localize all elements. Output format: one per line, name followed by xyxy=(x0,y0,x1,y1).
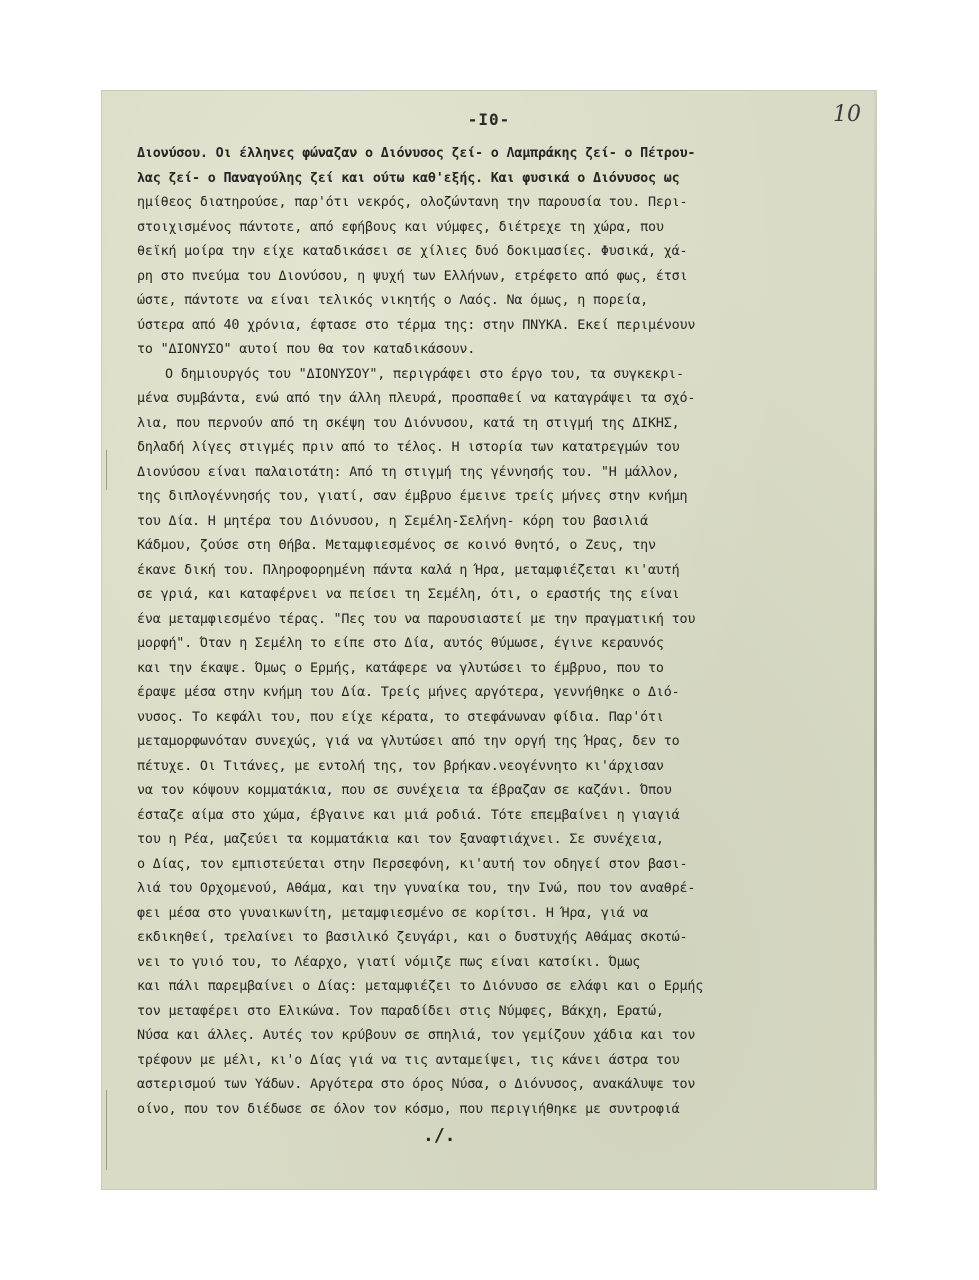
text-line: ρη στο πνεύμα του Διονύσου, η ψυχή των Ε… xyxy=(137,265,857,290)
text-line: ώστε, πάντοτε να είναι τελικός νικητής ο… xyxy=(137,289,857,314)
text-line: ένα μεταμφιεσμένο τέρας. "Πες του να παρ… xyxy=(137,608,857,633)
text-line: μορφή". Όταν η Σεμέλη το είπε στο Δία, α… xyxy=(137,632,857,657)
text-line: Ο δημιουργός του "ΔΙΟΝΥΣΟΥ", περιγράφει … xyxy=(137,363,857,388)
text-line: εκδικηθεί, τρελαίνει το βασιλικό ζευγάρι… xyxy=(137,926,857,951)
text-line: λια, που περνούν από τη σκέψη του Διόνυσ… xyxy=(137,412,857,437)
text-line: νυσος. Το κεφάλι του, που είχε κέρατα, τ… xyxy=(137,706,857,731)
document-page: -I0- 10 Διονύσου. Οι έλληνες φώναζαν ο Δ… xyxy=(101,90,877,1190)
text-line: ύστερα από 40 χρόνια, έφτασε στο τέρμα τ… xyxy=(137,314,857,339)
text-line: θεϊκή μοίρα την είχε καταδικάσει σε χίλι… xyxy=(137,240,857,265)
text-line: πέτυχε. Οι Τιτάνες, με εντολή της, τον β… xyxy=(137,755,857,780)
text-line: και πάλι παρεμβαίνει ο Δίας: μεταμφιέζει… xyxy=(137,975,857,1000)
text-line: φει μέσα στο γυναικωνίτη, μεταμφιεσμένο … xyxy=(137,902,857,927)
text-line: να τον κόψουν κομματάκια, που σε συνέχει… xyxy=(137,779,857,804)
text-line: στοιχισμένος πάντοτε, από εφήβους και νύ… xyxy=(137,216,857,241)
text-line: σε γριά, και καταφέρνει να πείσει τη Σεμ… xyxy=(137,583,857,608)
body-text: Διονύσου. Οι έλληνες φώναζαν ο Διόνυσος … xyxy=(137,142,857,1122)
text-line: ο Δίας, τον εμπιστεύεται στην Περσεφόνη,… xyxy=(137,853,857,878)
text-line: έκανε δική του. Πληροφορημένη πάντα καλά… xyxy=(137,559,857,584)
text-line: του Δία. Η μητέρα του Διόνυσου, η Σεμέλη… xyxy=(137,510,857,535)
text-line: της διπλογέννησής του, γιατί, σαν έμβρυο… xyxy=(137,485,857,510)
text-line: Κάδμου, ζούσε στη Θήβα. Μεταμφιεσμένος σ… xyxy=(137,534,857,559)
text-line: τρέφουν με μέλι, κι'ο Δίας γιά να τις αν… xyxy=(137,1049,857,1074)
text-line: το "ΔΙΟΝΥΣΟ" αυτοί που θα τον καταδικάσο… xyxy=(137,338,857,363)
handwritten-page-number: 10 xyxy=(833,102,861,127)
text-line: οίνο, που τον διέδωσε σε όλον τον κόσμο,… xyxy=(137,1098,857,1123)
text-line: τον μεταφέρει στο Ελικώνα. Τον παραδίδει… xyxy=(137,1000,857,1025)
text-line: του η Ρέα, μαζεύει τα κομματάκια και τον… xyxy=(137,828,857,853)
text-line: νει το γυιό του, το Λέαρχο, γιατί νόμιζε… xyxy=(137,951,857,976)
text-line: λας ζεί- ο Παναγούλης ζεί και ούτω καθ'ε… xyxy=(137,167,857,192)
text-line: Διονύσου είναι παλαιοτάτη: Από τη στιγμή… xyxy=(137,461,857,486)
text-line: και την έκαψε. Όμως ο Ερμής, κατάφερε να… xyxy=(137,657,857,682)
text-line: μένα συμβάντα, ενώ από την άλλη πλευρά, … xyxy=(137,387,857,412)
margin-mark xyxy=(106,450,107,490)
text-line: έσταζε αίμα στο χώμα, έβγαινε και μιά ρο… xyxy=(137,804,857,829)
text-line: αστερισμού των Υάδων. Αργότερα στο όρος … xyxy=(137,1073,857,1098)
ending-mark: ./. xyxy=(423,1125,456,1146)
margin-mark xyxy=(106,1090,107,1170)
page-header: -I0- xyxy=(101,110,877,129)
text-line: μεταμορφωνόταν συνεχώς, γιά να γλυτώσει … xyxy=(137,730,857,755)
text-line: Νύσα και άλλες. Αυτές τον κρύβουν σε σπη… xyxy=(137,1024,857,1049)
text-line: ημίθεος διατηρούσε, παρ'ότι νεκρός, ολοζ… xyxy=(137,191,857,216)
text-line: λιά του Ορχομενού, Αθάμα, και την γυναίκ… xyxy=(137,877,857,902)
text-line: Διονύσου. Οι έλληνες φώναζαν ο Διόνυσος … xyxy=(137,142,857,167)
text-line: δηλαδή λίγες στιγμές πριν από το τέλος. … xyxy=(137,436,857,461)
text-line: έραψε μέσα στην κνήμη του Δία. Τρείς μήν… xyxy=(137,681,857,706)
